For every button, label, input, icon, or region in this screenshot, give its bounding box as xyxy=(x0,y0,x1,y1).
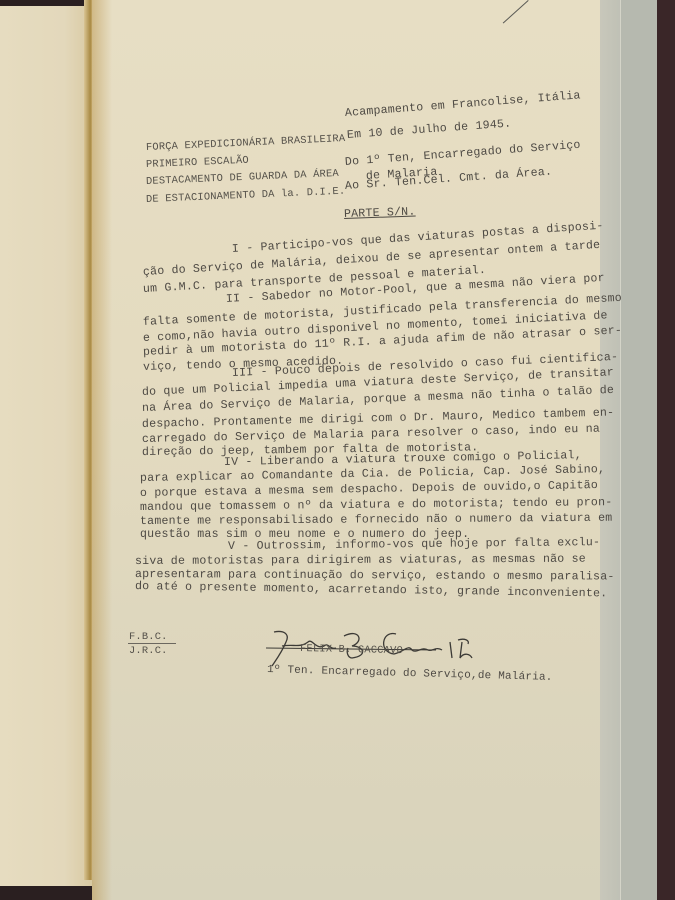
underlying-sheet-edge xyxy=(620,0,657,900)
signatory-name: FELIX B. CACCAVO xyxy=(300,643,403,657)
initials-2: J.R.C. xyxy=(129,645,168,657)
initials-divider xyxy=(128,643,176,644)
document-title: PARTE S/N. xyxy=(344,206,416,221)
initials-1: F.B.C. xyxy=(129,631,168,643)
facing-page xyxy=(0,6,92,886)
body-line: siva de motoristas para dirigirem as via… xyxy=(135,553,586,568)
